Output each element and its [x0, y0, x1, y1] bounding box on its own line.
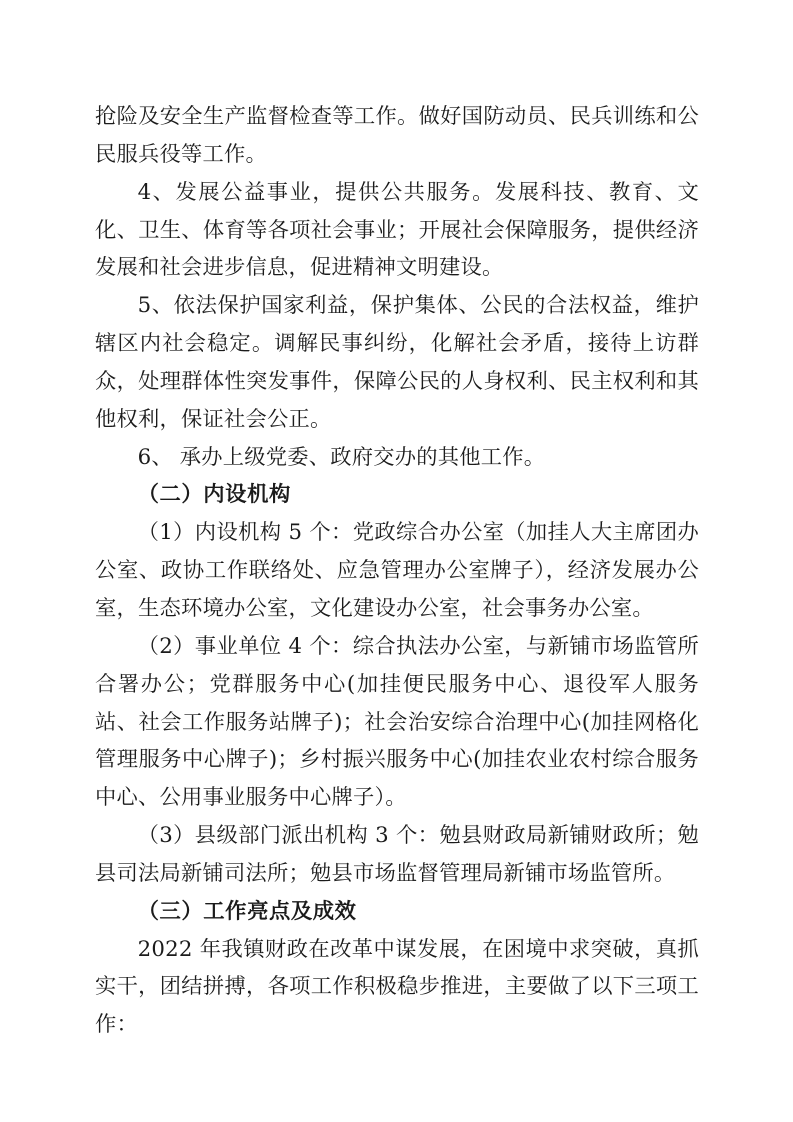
paragraph-duty-6: 6、 承办上级党委、政府交办的其他工作。 [95, 439, 699, 477]
paragraph-duty-3-continuation: 抢险及安全生产监督检查等工作。做好国防动员、民兵训练和公民服兵役等工作。 [95, 98, 699, 174]
document-page: 抢险及安全生产监督检查等工作。做好国防动员、民兵训练和公民服兵役等工作。 4、发… [0, 0, 793, 1122]
paragraph-work-highlights-intro: 2022 年我镇财政在改革中谋发展，在困境中求突破，真抓实干，团结拼搏，各项工作… [95, 931, 699, 1045]
paragraph-internal-organs: （1）内设机构 5 个：党政综合办公室（加挂人大主席团办公室、政协工作联络处、应… [95, 514, 699, 628]
paragraph-duty-5: 5、依法保护国家利益，保护集体、公民的合法权益，维护辖区内社会稳定。调解民事纠纷… [95, 287, 699, 438]
section-heading-internal-organs: （二）内设机构 [95, 476, 699, 514]
paragraph-public-institutions: （2）事业单位 4 个：综合执法办公室，与新铺市场监管所合署办公；党群服务中心(… [95, 628, 699, 817]
paragraph-county-dispatched-organs: （3）县级部门派出机构 3 个：勉县财政局新铺财政所；勉县司法局新铺司法所；勉县… [95, 817, 699, 893]
section-heading-work-highlights: （三）工作亮点及成效 [95, 893, 699, 931]
paragraph-duty-4: 4、发展公益事业，提供公共服务。发展科技、教育、文化、卫生、体育等各项社会事业；… [95, 174, 699, 288]
